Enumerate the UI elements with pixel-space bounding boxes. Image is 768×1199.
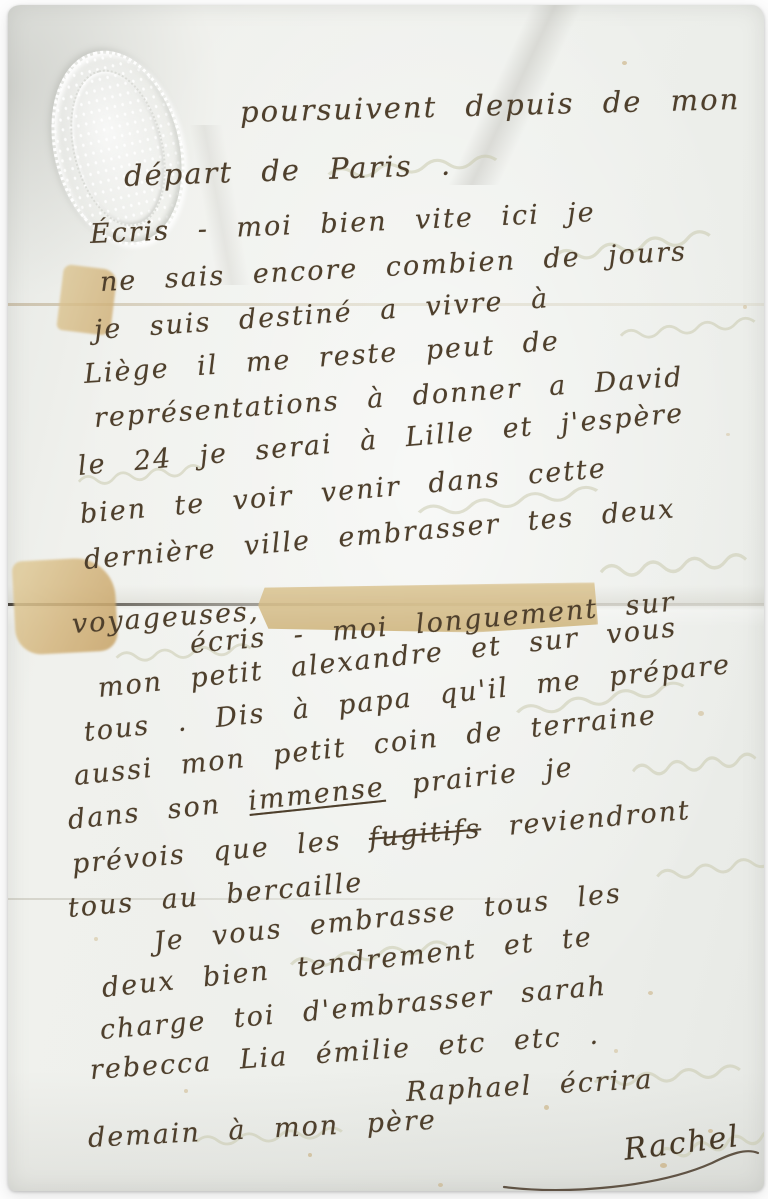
- struck-word-fugitifs: fugitifs: [368, 813, 483, 854]
- foxing-speck: [726, 433, 730, 436]
- foxing-speck: [622, 61, 627, 65]
- foxing-speck: [698, 711, 704, 716]
- signature-flourish: [498, 1143, 764, 1191]
- foxing-speck: [648, 991, 653, 995]
- scan-background: poursuivent depuis de mon départ de Pari…: [0, 0, 768, 1199]
- foxing-speck: [544, 1105, 549, 1110]
- foxing-speck: [184, 1089, 188, 1093]
- underlined-word-immense: immense: [247, 772, 387, 817]
- line-17-post: reviendront: [480, 795, 692, 844]
- line-16-post: prairie je: [383, 752, 575, 803]
- foxing-speck: [308, 1153, 312, 1157]
- foxing-speck: [743, 305, 747, 309]
- letter-page: poursuivent depuis de mon départ de Pari…: [8, 5, 764, 1191]
- foxing-speck: [614, 1049, 618, 1053]
- foxing-speck: [438, 1183, 443, 1187]
- foxing-speck: [94, 937, 98, 941]
- line-16-pre: dans son: [66, 786, 250, 836]
